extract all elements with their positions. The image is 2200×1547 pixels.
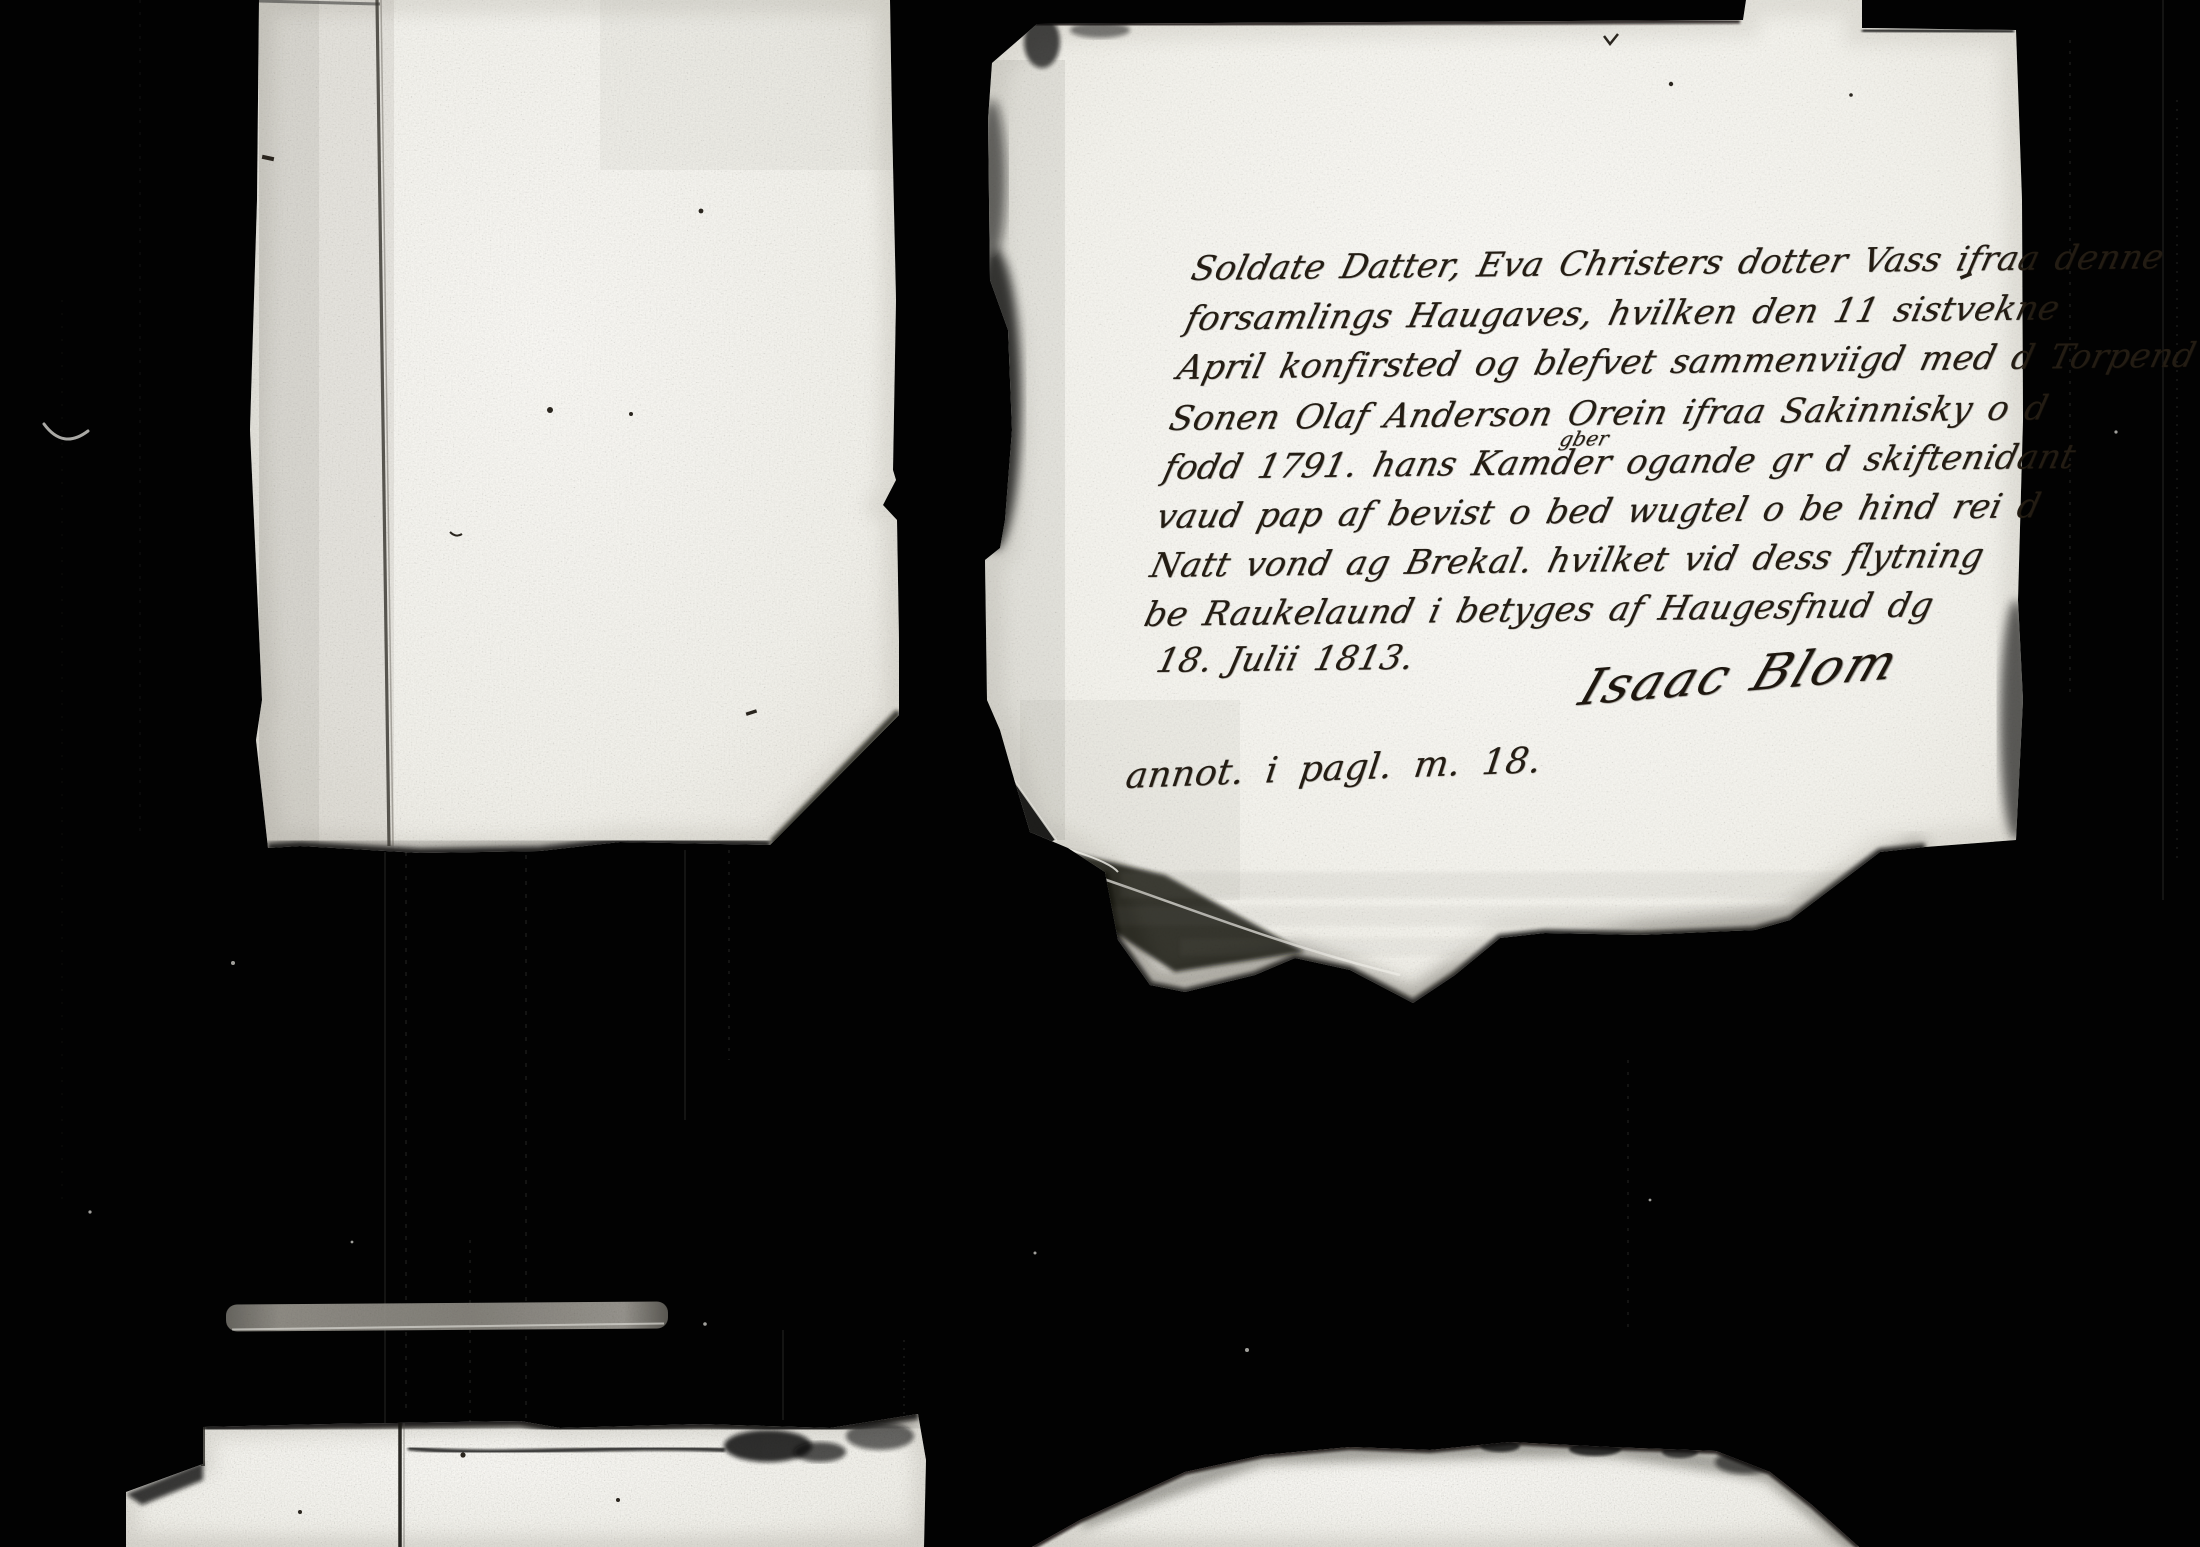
scanned-document-page: Soldate Datter, Eva Christers dotter Vas… bbox=[0, 0, 2200, 1547]
scan-background bbox=[0, 0, 2200, 1547]
smudge-streak bbox=[226, 1301, 668, 1331]
